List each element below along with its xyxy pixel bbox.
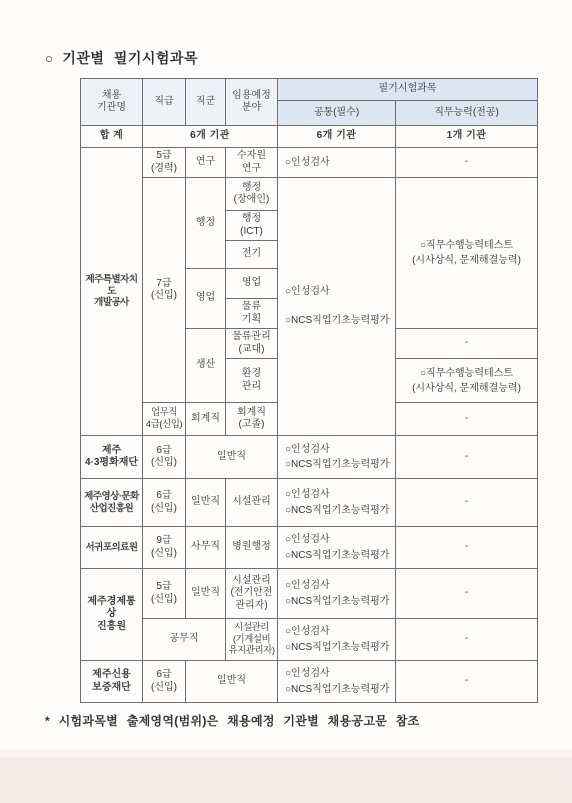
dev-major-dash2-cell: - <box>396 403 538 436</box>
dev-group-acct-cell: 회계직 <box>186 403 226 436</box>
dev-field-elec-cell: 전기 <box>226 241 278 269</box>
credit-common-cell: ○인성검사 ○NCS직업기초능력평가 <box>278 661 396 703</box>
trade-org-name-cell: 제주경제통상 진흥원 <box>81 569 143 661</box>
peace-group-field-cell: 일반직 <box>186 436 278 479</box>
hospital-grade-cell: 9급 (신입) <box>143 527 186 569</box>
dev-field-admin-ict-cell: 행정 (ICT) <box>226 211 278 241</box>
credit-org-name-cell: 제주신용 보증재단 <box>81 661 143 703</box>
media-grade-cell: 6급 (신입) <box>143 479 186 527</box>
trade-grade-group2-cell: 공무직 <box>143 619 226 661</box>
header-major-cell: 직무능력(전공) <box>396 101 538 126</box>
scan-artifact-fade <box>0 749 572 757</box>
dev-major-r1-cell: - <box>396 148 538 178</box>
dev-grade7-cell: 7급 (신입) <box>143 178 186 403</box>
trade-major1-cell: - <box>396 569 538 619</box>
media-common-cell: ○인성검사 ○NCS직업기초능력평가 <box>278 479 396 527</box>
dev-field-logi-shift-cell: 물류관리 (교대) <box>226 329 278 359</box>
hospital-major-cell: - <box>396 527 538 569</box>
trade-common1-cell: ○인성검사 ○NCS직업기초능력평가 <box>278 569 396 619</box>
peace-common-cell: ○인성검사 ○NCS직업기초능력평가 <box>278 436 396 479</box>
dev-group-prod-cell: 생산 <box>186 329 226 403</box>
trade-major2-cell: - <box>396 619 538 661</box>
total-common-cell: 6개 기관 <box>278 126 396 148</box>
credit-group-field-cell: 일반직 <box>186 661 278 703</box>
dev-field-acct-cell: 회계직 (고졸) <box>226 403 278 436</box>
media-org-name-cell: 제주영상·문화 산업진흥원 <box>81 479 143 527</box>
page-title: ○ 기관별 필기시험과목 <box>45 48 198 68</box>
dev-common-r1-cell: ○인성검사 <box>278 148 396 178</box>
total-label-cell: 합 계 <box>81 126 143 148</box>
header-grade-cell: 직급 <box>143 79 186 126</box>
dev-major-test1-cell: ○직무수행능력테스트 (시사상식, 문제해결능력) <box>396 178 538 329</box>
peace-major-cell: - <box>396 436 538 479</box>
dev-field-sales-cell: 영업 <box>226 269 278 299</box>
scan-artifact-strip <box>0 757 572 803</box>
credit-grade-cell: 6급 (신입) <box>143 661 186 703</box>
dev-field-logi-plan-cell: 물류 기획 <box>226 299 278 329</box>
dev-field-env-cell: 환경 관리 <box>226 359 278 403</box>
trade-grade1-cell: 5급 (신입) <box>143 569 186 619</box>
dev-org-name-cell: 제주특별자치도 개발공사 <box>81 148 143 436</box>
trade-field1-cell: 시설관리 (전기안전 관리자) <box>226 569 278 619</box>
header-written-group-cell: 필기시험과목 <box>278 79 538 101</box>
exam-subjects-table: 채용 기관명 직급 직군 임용예정 분야 필기시험과목 공통(필수) 직무능력(… <box>80 78 538 703</box>
dev-major-test2-cell: ○직무수행능력테스트 (시사상식, 문제해결능력) <box>396 359 538 403</box>
dev-grade-task4-cell: 업무직 4급(신입) <box>143 403 186 436</box>
document-page: ○ 기관별 필기시험과목 채용 기관명 직급 직군 임용예정 분야 필기시험과목… <box>0 0 572 803</box>
header-group-cell: 직군 <box>186 79 226 126</box>
dev-field-water-cell: 수자원 연구 <box>226 148 278 178</box>
dev-group-research-cell: 연구 <box>186 148 226 178</box>
hospital-common-cell: ○인성검사 ○NCS직업기초능력평가 <box>278 527 396 569</box>
hospital-group-cell: 사무직 <box>186 527 226 569</box>
media-major-cell: - <box>396 479 538 527</box>
footnote: * 시험과목별 출제영역(범위)은 채용예정 기관별 채용공고문 참조 <box>45 712 420 729</box>
dev-group-admin-cell: 행정 <box>186 178 226 269</box>
media-field-cell: 시설관리 <box>226 479 278 527</box>
credit-major-cell: - <box>396 661 538 703</box>
peace-grade-cell: 6급 (신입) <box>143 436 186 479</box>
dev-major-dash1-cell: - <box>396 329 538 359</box>
dev-field-admin-disabled-cell: 행정 (장애인) <box>226 178 278 211</box>
dev-group-sales-cell: 영업 <box>186 269 226 329</box>
header-field-cell: 임용예정 분야 <box>226 79 278 126</box>
hospital-field-cell: 병원행정 <box>226 527 278 569</box>
total-major-cell: 1개 기관 <box>396 126 538 148</box>
media-group-cell: 일반직 <box>186 479 226 527</box>
page-title-text: 기관별 필기시험과목 <box>62 48 198 68</box>
trade-field2-cell: 시설관리 (기계설비 유지관리자) <box>226 619 278 661</box>
trade-common2-cell: ○인성검사 ○NCS직업기초능력평가 <box>278 619 396 661</box>
peace-org-name-cell: 제주 4·3평화재단 <box>81 436 143 479</box>
circle-bullet-icon: ○ <box>45 51 53 66</box>
dev-common-merged-cell: ○인성검사 ○NCS직업기초능력평가 <box>278 178 396 436</box>
dev-grade5-cell: 5급 (경력) <box>143 148 186 178</box>
total-span-cell: 6개 기관 <box>143 126 278 148</box>
header-org-cell: 채용 기관명 <box>81 79 143 126</box>
trade-group1-cell: 일반직 <box>186 569 226 619</box>
header-common-cell: 공통(필수) <box>278 101 396 126</box>
hospital-org-name-cell: 서귀포의료원 <box>81 527 143 569</box>
